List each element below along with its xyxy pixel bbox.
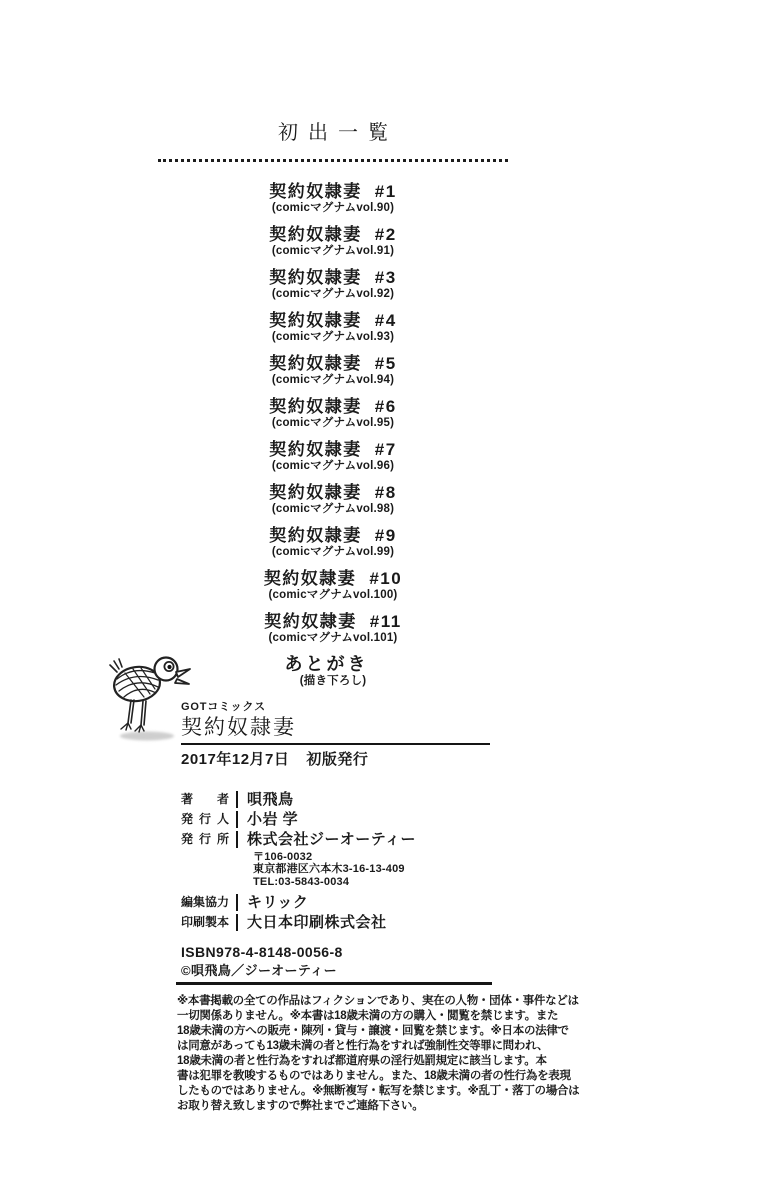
chapter-source: (comicマグナムvol.91): [158, 245, 508, 258]
chapter-title: 契約奴隷妻: [269, 440, 362, 459]
chapter-source: (comicマグナムvol.92): [158, 288, 508, 301]
disclaimer-line: したものではありません。※無断複写・転写を禁じます。※乱丁・落丁の場合は: [177, 1084, 510, 1099]
dotted-divider: [158, 159, 508, 162]
chapter-number: #11: [370, 612, 402, 631]
disclaimer-line: 18歳未満の者と性行為をすれば都道府県の淫行処罰規定に該当します。本: [177, 1054, 510, 1069]
edition-line: 2017年12月7日 初版発行: [181, 751, 490, 768]
chapter-entry: 契約奴隷妻#2 (comicマグナムvol.91): [158, 225, 508, 265]
chapter-entry: 契約奴隷妻#5 (comicマグナムvol.94): [158, 354, 508, 394]
issue-date: 2017年12月7日: [181, 751, 289, 768]
disclaimer-line: 一切関係ありません。※本書は18歳未満の方の購入・閲覧を禁じます。また: [177, 1009, 510, 1024]
credit-label: 編集協力: [181, 894, 229, 911]
section-title: 初出一覧: [158, 120, 508, 146]
afterword-source: (描き下ろし): [158, 675, 508, 688]
chapter-list: 契約奴隷妻#1 (comicマグナムvol.90) 契約奴隷妻#2 (comic…: [158, 182, 508, 695]
afterword-title: あとがき: [285, 655, 369, 674]
chapter-number: #1: [375, 182, 397, 201]
credit-value: 小岩 学: [236, 811, 298, 828]
chapter-number: #6: [375, 397, 397, 416]
chapter-source: (comicマグナムvol.95): [158, 417, 508, 430]
chapter-title: 契約奴隷妻: [269, 225, 362, 244]
credit-row-author: 著者 唄飛鳥: [181, 791, 511, 808]
postal-code: 〒106-0032: [253, 851, 511, 863]
chapter-title: 契約奴隷妻: [269, 397, 362, 416]
chapter-source: (comicマグナムvol.101): [158, 632, 508, 645]
publisher-address: 〒106-0032 東京都港区六本木3-16-13-409 TEL:03-584…: [253, 851, 511, 888]
credit-label: 発行人: [181, 811, 229, 828]
series-label: GOTコミックス: [181, 702, 490, 713]
chapter-source: (comicマグナムvol.96): [158, 460, 508, 473]
chapter-number: #8: [375, 483, 397, 502]
credit-value: 唄飛鳥: [236, 791, 294, 808]
credit-label: 著者: [181, 791, 229, 808]
credit-label: 発行所: [181, 831, 229, 848]
credit-row-publisher: 発行所 株式会社ジーオーティー: [181, 831, 511, 848]
colophon-page: 初出一覧 契約奴隷妻#1 (comicマグナムvol.90) 契約奴隷妻#2 (…: [0, 0, 766, 1200]
first-publication-section: 初出一覧 契約奴隷妻#1 (comicマグナムvol.90) 契約奴隷妻#2 (…: [158, 120, 508, 695]
chapter-entry: 契約奴隷妻#3 (comicマグナムvol.92): [158, 268, 508, 308]
chapter-number: #5: [375, 354, 397, 373]
chapter-entry: 契約奴隷妻#10 (comicマグナムvol.100): [158, 569, 508, 609]
disclaimer-line: お取り替え致しますので弊社までご連絡下さい。: [177, 1099, 510, 1114]
chapter-title: 契約奴隷妻: [264, 569, 357, 588]
chapter-number: #7: [375, 440, 397, 459]
credit-value: キリック: [236, 894, 308, 911]
chapter-entry: 契約奴隷妻#8 (comicマグナムvol.98): [158, 483, 508, 523]
legal-disclaimer: ※本書掲載の全ての作品はフィクションであり、実在の人物・団体・事件などは 一切関…: [177, 994, 510, 1114]
disclaimer-line: 書は犯罪を教唆するものではありません。また、18歳未満の者の性行為を表現: [177, 1069, 510, 1084]
chapter-source: (comicマグナムvol.98): [158, 503, 508, 516]
chapter-entry: 契約奴隷妻#9 (comicマグナムvol.99): [158, 526, 508, 566]
chapter-entry: 契約奴隷妻#6 (comicマグナムvol.95): [158, 397, 508, 437]
chapter-entry: 契約奴隷妻#11 (comicマグナムvol.101): [158, 612, 508, 652]
chapter-number: #10: [369, 569, 402, 588]
chapter-source: (comicマグナムvol.99): [158, 546, 508, 559]
chapter-title: 契約奴隷妻: [269, 526, 362, 545]
disclaimer-line: は同意があっても13歳未満の者と性行為をすれば強制性交等罪に問われ、: [177, 1039, 510, 1054]
disclaimer-line: ※本書掲載の全ての作品はフィクションであり、実在の人物・団体・事件などは: [177, 994, 510, 1009]
disclaimer-line: 18歳未満の方への販売・陳列・貸与・譲渡・回覧を禁じます。※日本の法律で: [177, 1024, 510, 1039]
copyright: ©唄飛鳥／ジーオーティー: [181, 960, 337, 979]
chapter-title: 契約奴隷妻: [269, 483, 362, 502]
chapter-title: 契約奴隷妻: [269, 182, 362, 201]
chapter-source: (comicマグナムvol.94): [158, 374, 508, 387]
separator-rule: [176, 982, 492, 985]
issue-label: 初版発行: [306, 751, 368, 768]
credit-row-publisher-person: 発行人 小岩 学: [181, 811, 511, 828]
chapter-number: #9: [375, 526, 397, 545]
chapter-number: #2: [375, 225, 397, 244]
chapter-entry: 契約奴隷妻#7 (comicマグナムvol.96): [158, 440, 508, 480]
credits-block: 著者 唄飛鳥 発行人 小岩 学 発行所 株式会社ジーオーティー 〒106-003…: [181, 791, 511, 934]
chapter-source: (comicマグナムvol.100): [158, 589, 508, 602]
chapter-source: (comicマグナムvol.90): [158, 202, 508, 215]
chapter-number: #4: [375, 311, 397, 330]
credit-label: 印刷製本: [181, 914, 229, 931]
credit-value: 大日本印刷株式会社: [236, 914, 387, 931]
title-underline: [181, 743, 490, 745]
credit-row-printing: 印刷製本 大日本印刷株式会社: [181, 914, 511, 931]
imprint-block: GOTコミックス 契約奴隷妻 2017年12月7日 初版発行: [181, 702, 490, 768]
chapter-entry: 契約奴隷妻#4 (comicマグナムvol.93): [158, 311, 508, 351]
chapter-number: #3: [375, 268, 397, 287]
chapter-source: (comicマグナムvol.93): [158, 331, 508, 344]
book-title: 契約奴隷妻: [181, 715, 490, 740]
isbn: ISBN978-4-8148-0056-8: [181, 944, 343, 960]
street-address: 東京都港区六本木3-16-13-409: [253, 863, 511, 875]
afterword-entry: あとがき (描き下ろし): [158, 655, 508, 695]
chapter-title: 契約奴隷妻: [269, 354, 362, 373]
credit-value: 株式会社ジーオーティー: [236, 831, 416, 848]
phone-number: TEL:03-5843-0034: [253, 876, 511, 888]
chapter-entry: 契約奴隷妻#1 (comicマグナムvol.90): [158, 182, 508, 222]
chapter-title: 契約奴隷妻: [269, 311, 362, 330]
credit-row-editing: 編集協力 キリック: [181, 894, 511, 911]
chapter-title: 契約奴隷妻: [264, 612, 357, 631]
chapter-title: 契約奴隷妻: [269, 268, 362, 287]
